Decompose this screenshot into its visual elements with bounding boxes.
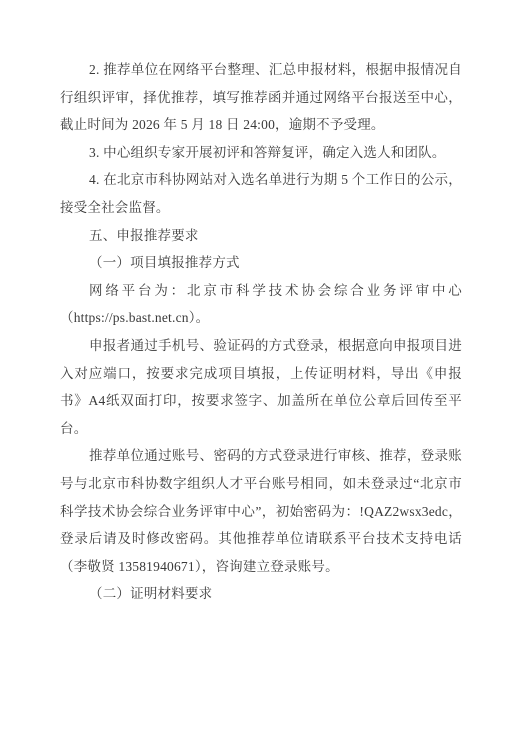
paragraph-recommender-login: 推荐单位通过账号、密码的方式登录进行审核、推荐，登录账号与北京市科协数字组织人才… xyxy=(60,442,462,580)
paragraph-applicant-login: 申报者通过手机号、验证码的方式登录，根据意向申报项目进入对应端口，按要求完成项目… xyxy=(60,332,462,442)
subsection-heading-one: （一）项目填报推荐方式 xyxy=(60,249,462,277)
paragraph-item-2: 2. 推荐单位在网络平台整理、汇总申报材料，根据申报情况自行组织评审，择优推荐，… xyxy=(60,56,462,139)
document-page: 2. 推荐单位在网络平台整理、汇总申报材料，根据申报情况自行组织评审，择优推荐，… xyxy=(0,0,521,735)
paragraph-item-3: 3. 中心组织专家开展初评和答辩复评，确定入选人和团队。 xyxy=(60,139,462,167)
paragraph-item-4: 4. 在北京市科协网站对入选名单进行为期 5 个工作日的公示，接受全社会监督。 xyxy=(60,166,462,221)
subsection-heading-two: （二）证明材料要求 xyxy=(60,580,462,608)
document-body: 2. 推荐单位在网络平台整理、汇总申报材料，根据申报情况自行组织评审，择优推荐，… xyxy=(60,56,462,608)
section-heading-five: 五、申报推荐要求 xyxy=(60,222,462,250)
paragraph-network-platform: 网络平台为：北京市科学技术协会综合业务评审中心（https://ps.bast.… xyxy=(60,277,462,332)
